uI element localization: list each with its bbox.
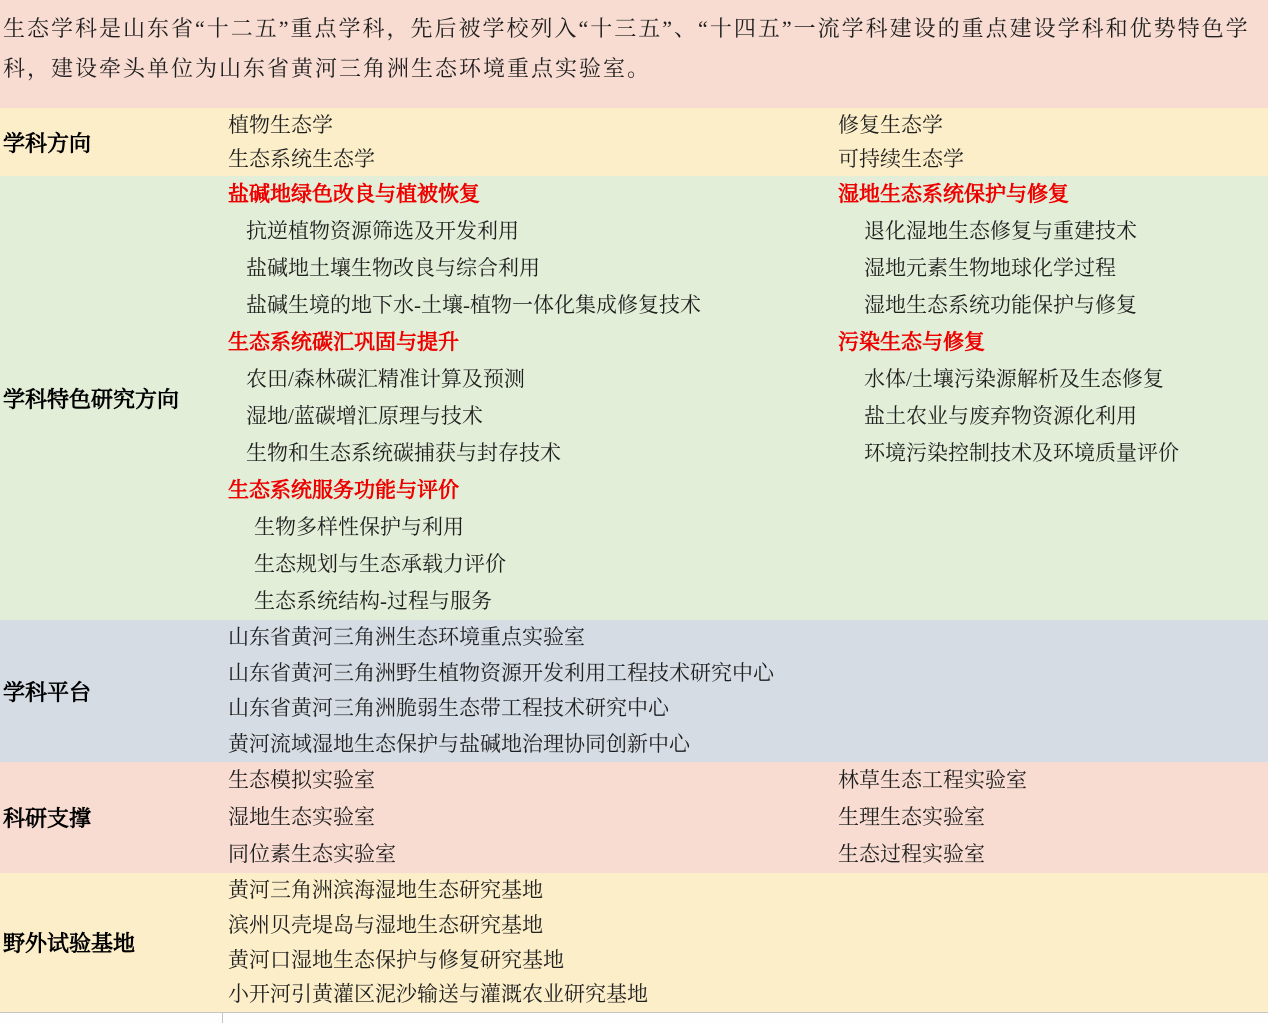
section-directions: 学科方向 植物生态学 生态系统生态学 修复生态学 可持续生态学 [0, 108, 1268, 176]
directions-right-column: 修复生态学 可持续生态学 [838, 108, 1268, 176]
research-item: 水体/土壤污染源解析及生态修复 [838, 361, 1268, 398]
section-label-platforms: 学科平台 [0, 620, 222, 762]
research-group-title: 湿地生态系统保护与修复 [838, 176, 1268, 213]
research-item: 湿地生态系统功能保护与修复 [838, 287, 1268, 324]
research-item: 盐土农业与废弃物资源化利用 [838, 398, 1268, 435]
research-item: 抗逆植物资源筛选及开发利用 [228, 213, 838, 250]
support-item: 林草生态工程实验室 [838, 762, 1268, 799]
field-base-item: 滨州贝壳堤岛与湿地生态研究基地 [228, 908, 1268, 943]
research-item: 湿地元素生物地球化学过程 [838, 250, 1268, 287]
section-label-field-bases: 野外试验基地 [0, 873, 222, 1012]
directions-content: 植物生态学 生态系统生态学 修复生态学 可持续生态学 [222, 108, 1268, 176]
research-group: 生态系统碳汇巩固与提升 农田/森林碳汇精准计算及预测 湿地/蓝碳增汇原理与技术 … [228, 324, 838, 472]
research-item: 生态系统结构-过程与服务 [228, 583, 838, 620]
research-group-title: 生态系统服务功能与评价 [228, 472, 838, 509]
support-content: 生态模拟实验室 湿地生态实验室 同位素生态实验室 林草生态工程实验室 生理生态实… [222, 762, 1268, 873]
direction-item: 修复生态学 [838, 108, 1268, 142]
direction-item: 植物生态学 [228, 108, 838, 142]
research-item: 盐碱生境的地下水-土壤-植物一体化集成修复技术 [228, 287, 838, 324]
section-support: 科研支撑 生态模拟实验室 湿地生态实验室 同位素生态实验室 林草生态工程实验室 … [0, 762, 1268, 873]
research-group: 生态系统服务功能与评价 生物多样性保护与利用 生态规划与生态承载力评价 生态系统… [228, 472, 838, 620]
direction-item: 生态系统生态学 [228, 142, 838, 176]
research-group-title: 污染生态与修复 [838, 324, 1268, 361]
research-left-column: 盐碱地绿色改良与植被恢复 抗逆植物资源筛选及开发利用 盐碱地土壤生物改良与综合利… [228, 176, 838, 620]
research-group: 湿地生态系统保护与修复 退化湿地生态修复与重建技术 湿地元素生物地球化学过程 湿… [838, 176, 1268, 324]
research-item: 湿地/蓝碳增汇原理与技术 [228, 398, 838, 435]
research-content: 盐碱地绿色改良与植被恢复 抗逆植物资源筛选及开发利用 盐碱地土壤生物改良与综合利… [222, 176, 1268, 620]
support-item: 同位素生态实验室 [228, 836, 838, 873]
direction-item: 可持续生态学 [838, 142, 1268, 176]
research-item: 生物和生态系统碳捕获与封存技术 [228, 435, 838, 472]
research-item: 盐碱地土壤生物改良与综合利用 [228, 250, 838, 287]
research-item: 退化湿地生态修复与重建技术 [838, 213, 1268, 250]
platform-item: 山东省黄河三角洲生态环境重点实验室 [228, 620, 1268, 656]
discipline-table: 生态学科是山东省“十二五”重点学科，先后被学校列入“十三五”、“十四五”一流学科… [0, 0, 1268, 1023]
research-item: 农田/森林碳汇精准计算及预测 [228, 361, 838, 398]
directions-left-column: 植物生态学 生态系统生态学 [228, 108, 838, 176]
research-group-title: 盐碱地绿色改良与植被恢复 [228, 176, 838, 213]
research-item: 生物多样性保护与利用 [228, 509, 838, 546]
research-right-column: 湿地生态系统保护与修复 退化湿地生态修复与重建技术 湿地元素生物地球化学过程 湿… [838, 176, 1268, 620]
research-item: 环境污染控制技术及环境质量评价 [838, 435, 1268, 472]
platform-item: 黄河流域湿地生态保护与盐碱地治理协同创新中心 [228, 727, 1268, 763]
support-left-column: 生态模拟实验室 湿地生态实验室 同位素生态实验室 [228, 762, 838, 873]
platform-item: 山东省黄河三角洲脆弱生态带工程技术研究中心 [228, 691, 1268, 727]
partial-next-table-row [0, 1012, 1268, 1023]
research-item: 生态规划与生态承载力评价 [228, 546, 838, 583]
field-bases-content: 黄河三角洲滨海湿地生态研究基地 滨州贝壳堤岛与湿地生态研究基地 黄河口湿地生态保… [222, 873, 1268, 1012]
research-group: 盐碱地绿色改良与植被恢复 抗逆植物资源筛选及开发利用 盐碱地土壤生物改良与综合利… [228, 176, 838, 324]
intro-text: 生态学科是山东省“十二五”重点学科，先后被学校列入“十三五”、“十四五”一流学科… [3, 9, 1264, 108]
support-right-column: 林草生态工程实验室 生理生态实验室 生态过程实验室 [838, 762, 1268, 873]
research-group-title: 生态系统碳汇巩固与提升 [228, 324, 838, 361]
field-base-item: 黄河三角洲滨海湿地生态研究基地 [228, 873, 1268, 908]
section-field-bases: 野外试验基地 黄河三角洲滨海湿地生态研究基地 滨州贝壳堤岛与湿地生态研究基地 黄… [0, 873, 1268, 1012]
section-platforms: 学科平台 山东省黄河三角洲生态环境重点实验室 山东省黄河三角洲野生植物资源开发利… [0, 620, 1268, 762]
section-label-support: 科研支撑 [0, 762, 222, 873]
section-research: 学科特色研究方向 盐碱地绿色改良与植被恢复 抗逆植物资源筛选及开发利用 盐碱地土… [0, 176, 1268, 620]
field-base-item: 黄河口湿地生态保护与修复研究基地 [228, 943, 1268, 978]
platform-item: 山东省黄河三角洲野生植物资源开发利用工程技术研究中心 [228, 656, 1268, 692]
section-label-research: 学科特色研究方向 [0, 176, 222, 620]
research-group: 污染生态与修复 水体/土壤污染源解析及生态修复 盐土农业与废弃物资源化利用 环境… [838, 324, 1268, 472]
support-item: 生态模拟实验室 [228, 762, 838, 799]
field-base-item: 小开河引黄灌区泥沙输送与灌溉农业研究基地 [228, 977, 1268, 1012]
section-label-directions: 学科方向 [0, 108, 222, 176]
support-item: 湿地生态实验室 [228, 799, 838, 836]
section-intro: 生态学科是山东省“十二五”重点学科，先后被学校列入“十三五”、“十四五”一流学科… [0, 0, 1268, 108]
support-item: 生理生态实验室 [838, 799, 1268, 836]
support-item: 生态过程实验室 [838, 836, 1268, 873]
platforms-content: 山东省黄河三角洲生态环境重点实验室 山东省黄河三角洲野生植物资源开发利用工程技术… [222, 620, 1268, 762]
table-cell-divider [222, 1013, 223, 1023]
